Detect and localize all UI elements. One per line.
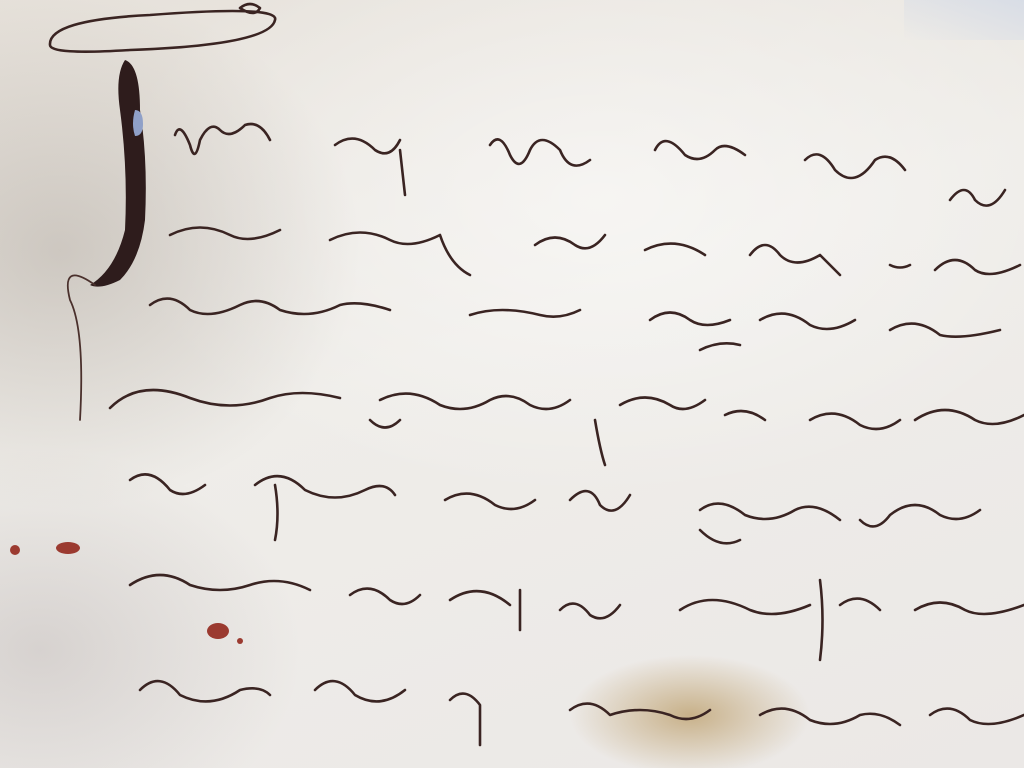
manuscript-page: Noiet Xpi Dm Dno Dm magistro Conrad Engl… — [0, 0, 1024, 768]
decorated-initial — [50, 4, 275, 420]
ink-blot — [207, 623, 229, 639]
ink-blot — [10, 545, 20, 555]
ink-blot — [56, 542, 80, 554]
handwriting-strokes — [0, 0, 1024, 768]
ink-blot — [237, 638, 243, 644]
